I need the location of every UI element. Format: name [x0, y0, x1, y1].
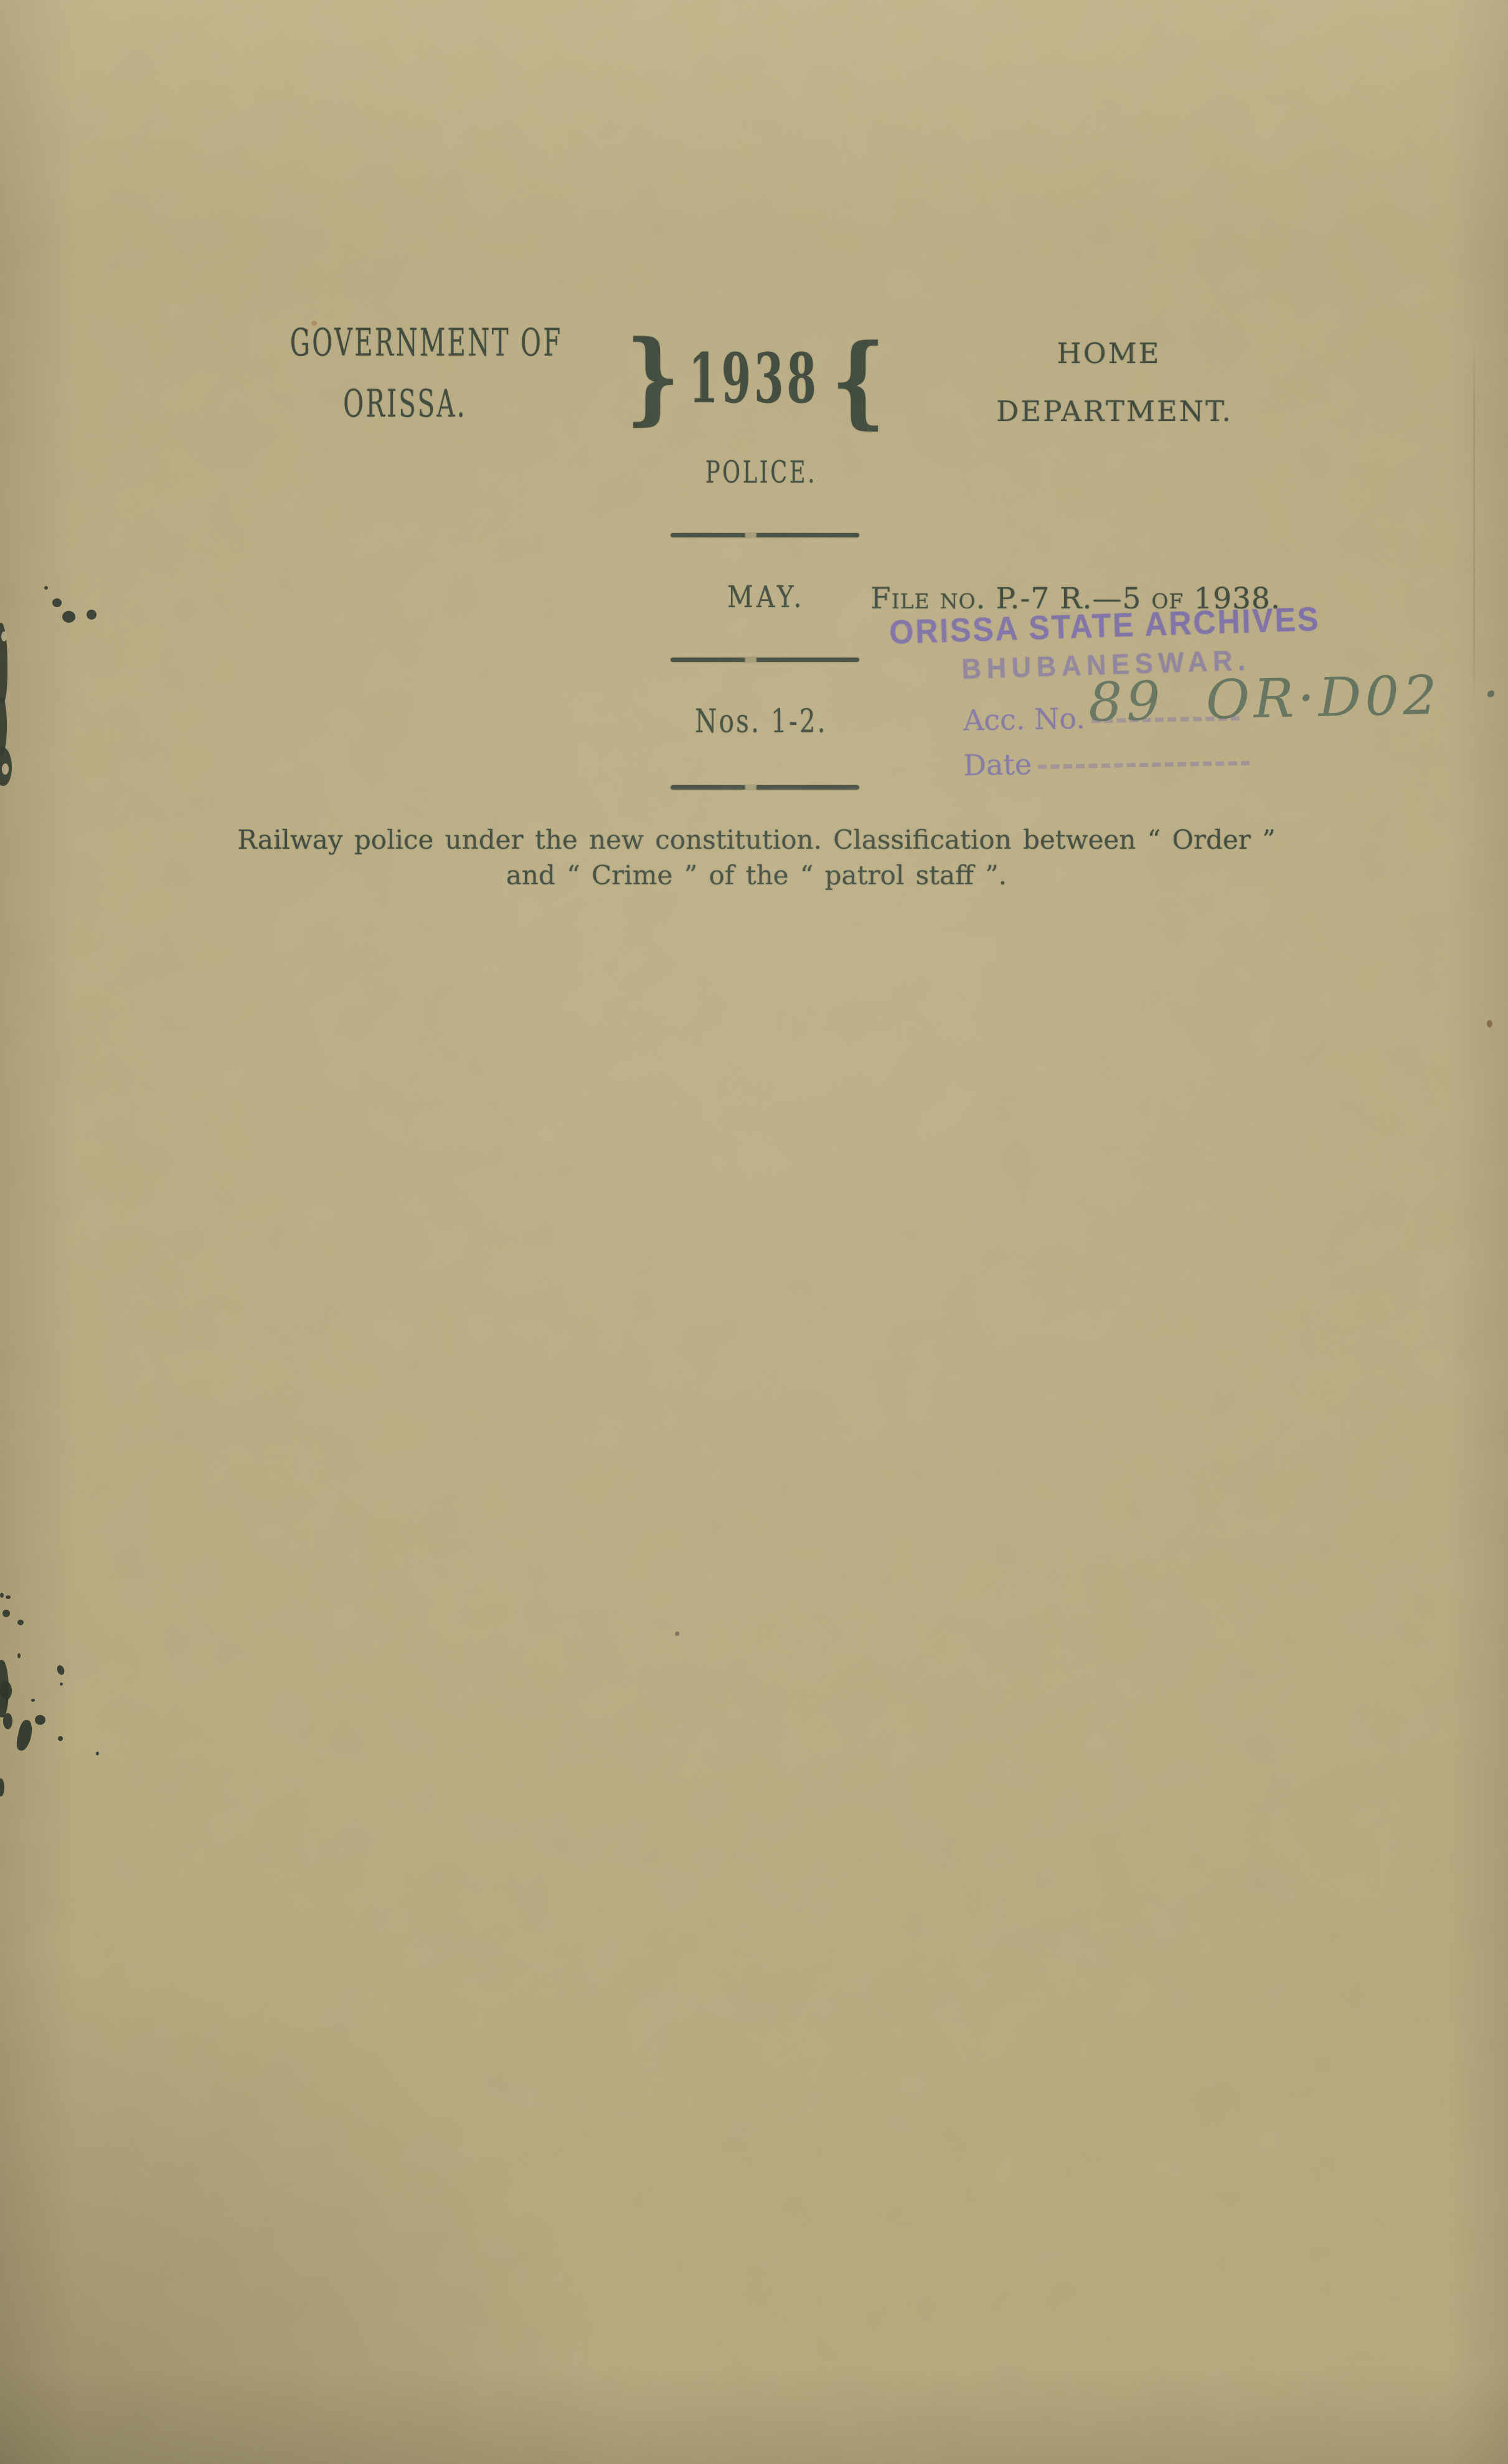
ink-blot: [3, 1713, 12, 1729]
government-of-text: GOVERNMENT OF: [290, 321, 563, 365]
paper-crease: [1473, 330, 1475, 716]
acc-no-label: Acc. No.: [963, 701, 1086, 737]
scanned-archive-cover-page: GOVERNMENT OF ORISSA. } 1938 { HOME DEPA…: [0, 0, 1508, 2464]
ink-blot: [0, 696, 7, 755]
ink-blot: [311, 321, 317, 326]
police-label: POLICE.: [574, 455, 948, 491]
subject-block: Railway police under the new constitutio…: [177, 822, 1336, 893]
ink-blot: [60, 1683, 63, 1686]
ink-blot: [2, 1610, 10, 1617]
handwritten-acc-no: 89 OR·D02 ·: [1088, 663, 1487, 734]
ink-blot: [44, 586, 48, 590]
subject-line1: Railway police under the new constitutio…: [177, 822, 1336, 857]
ink-blot: [0, 1593, 4, 1598]
orissa-text: ORISSA.: [343, 382, 467, 426]
ink-blot: [56, 1664, 66, 1676]
ink-blot: [0, 1778, 4, 1796]
government-of-line: GOVERNMENT OF: [220, 321, 593, 365]
ink-blot: [58, 1736, 63, 1741]
divider-rule-3: [671, 785, 859, 790]
ink-blot: [15, 1719, 34, 1752]
opening-brace-glyph: {: [826, 328, 888, 433]
ink-blot: [675, 1631, 679, 1636]
date-stamp-line: Date: [963, 743, 1250, 782]
ink-blot: [0, 1681, 12, 1700]
divider-rule-2: [671, 658, 859, 662]
ink-blot: [35, 1715, 45, 1725]
department-line: DEPARTMENT.: [928, 395, 1301, 428]
ink-blot: [2, 763, 9, 775]
ink-blot: [1487, 1020, 1492, 1027]
ink-blot: [6, 1595, 11, 1599]
date-label: Date: [963, 747, 1032, 782]
divider-rule-1: [671, 533, 859, 537]
nos-label: Nos. 1-2.: [574, 703, 948, 740]
ink-blot: [52, 598, 62, 607]
ink-blot: [31, 1699, 35, 1702]
ink-blot: [96, 1752, 99, 1755]
ink-blot: [1, 631, 7, 641]
date-dotted-line: [1038, 756, 1250, 769]
ink-blot: [17, 1620, 24, 1625]
home-line: HOME: [922, 337, 1296, 371]
ink-blot: [62, 611, 75, 623]
orissa-line: ORISSA.: [218, 382, 591, 426]
ink-blot: [87, 610, 97, 620]
ink-blot: [17, 1653, 21, 1658]
subject-line2: and “ Crime ” of the “ patrol staff ”.: [177, 857, 1336, 893]
